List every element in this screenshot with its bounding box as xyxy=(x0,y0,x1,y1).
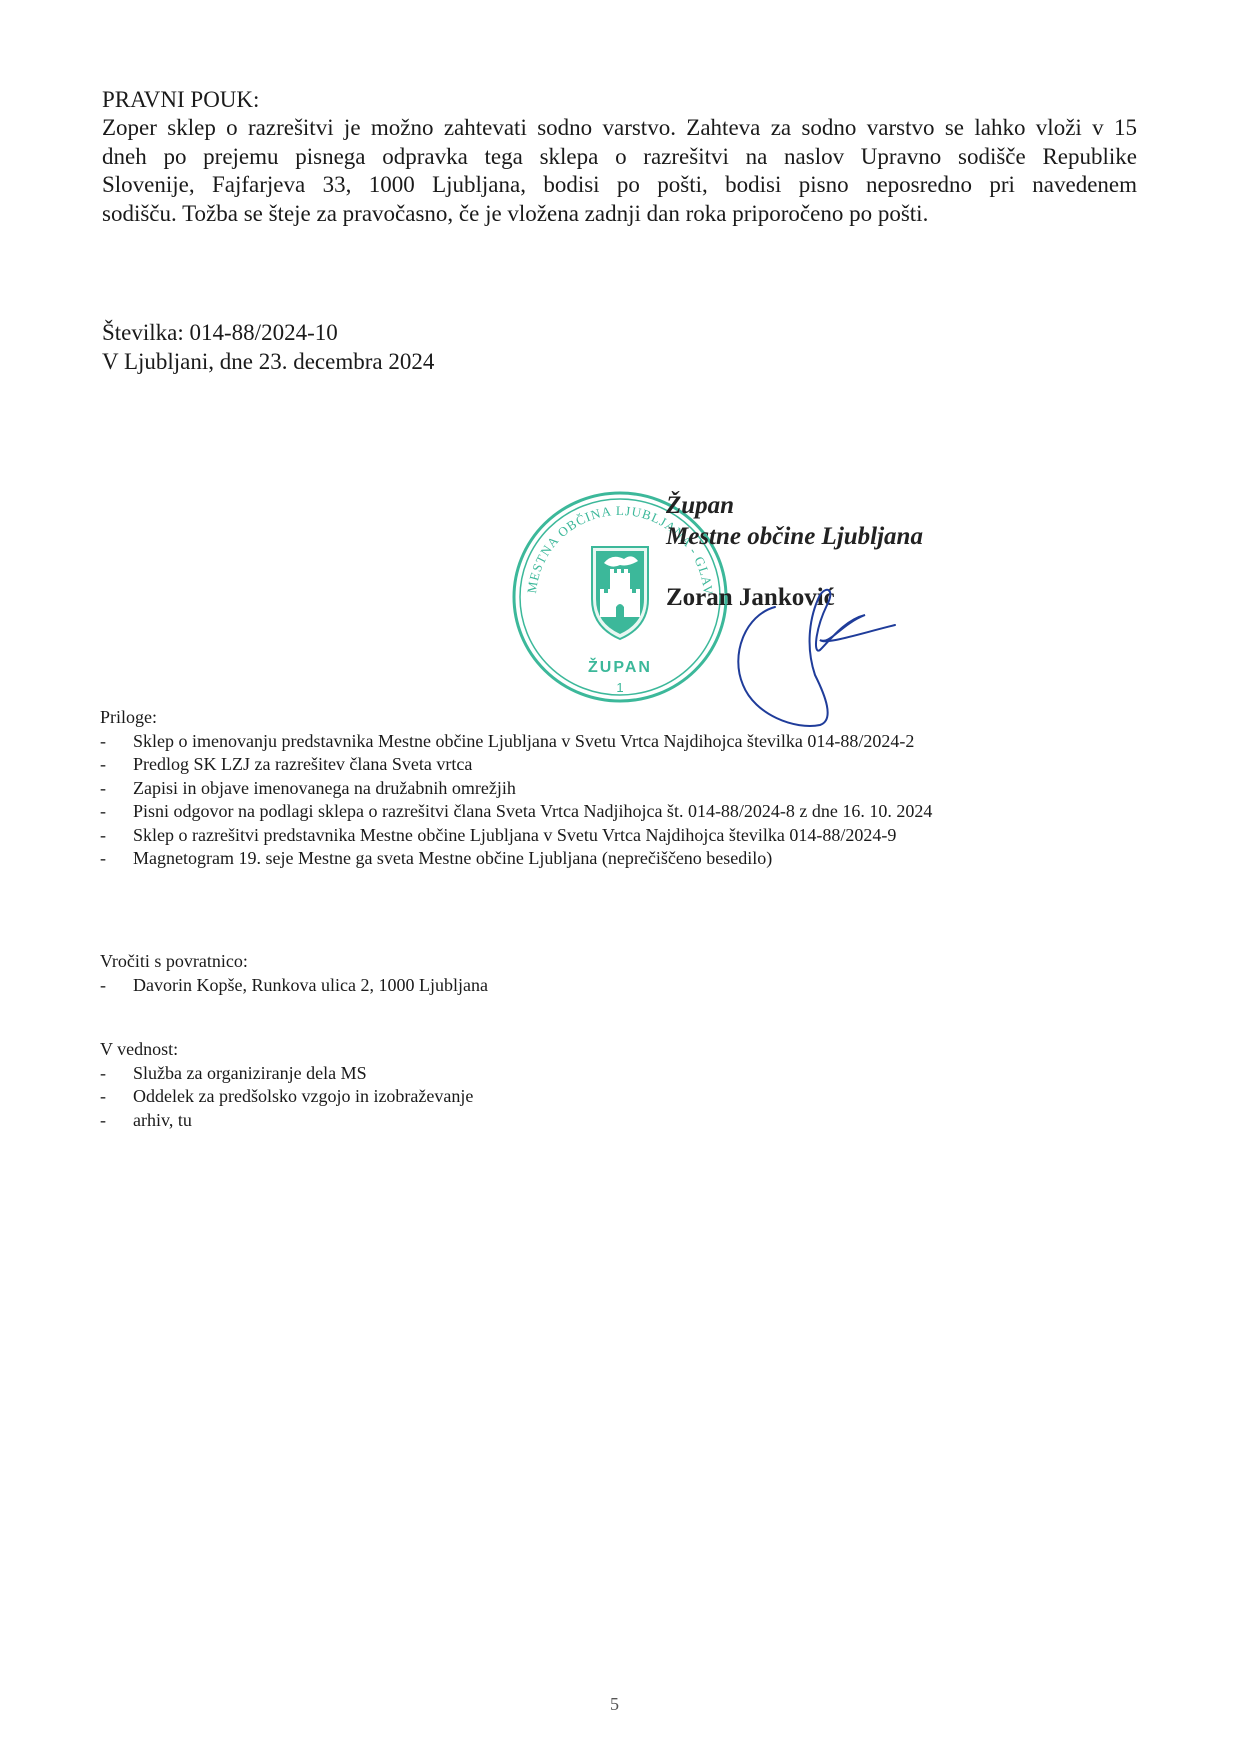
document-meta: Številka: 014-88/2024-10 V Ljubljani, dn… xyxy=(102,318,434,376)
attachment-item: -Sklep o razrešitvi predstavnika Mestne … xyxy=(100,824,932,848)
signatory-title: Župan xyxy=(666,490,923,521)
signatory-office: Mestne občine Ljubljana xyxy=(666,521,923,552)
place-date: V Ljubljani, dne 23. decembra 2024 xyxy=(102,347,434,376)
attachments-section: Priloge: -Sklep o imenovanju predstavnik… xyxy=(100,706,932,871)
legal-notice-line: Slovenije, Fajfarjeva 33, 1000 Ljubljana… xyxy=(102,171,1137,200)
legal-notice-body: Zoper sklep o razrešitvi je možno zahtev… xyxy=(102,114,1137,228)
page-number: 5 xyxy=(610,1694,619,1715)
for-info-heading: V vednost: xyxy=(100,1038,473,1062)
attachment-item: -Predlog SK LZJ za razrešitev člana Svet… xyxy=(100,753,932,777)
attachment-item: -Sklep o imenovanju predstavnika Mestne … xyxy=(100,730,932,754)
attachment-item: -Zapisi in objave imenovanega na družabn… xyxy=(100,777,932,801)
delivery-heading: Vročiti s povratnico: xyxy=(100,950,488,974)
legal-notice-line: Zoper sklep o razrešitvi je možno zahtev… xyxy=(102,114,1137,143)
for-info-item: -Služba za organiziranje dela MS xyxy=(100,1062,473,1086)
for-info-item: -Oddelek za predšolsko vzgojo in izobraž… xyxy=(100,1085,473,1109)
svg-text:ŽUPAN: ŽUPAN xyxy=(588,657,652,676)
document-number: Številka: 014-88/2024-10 xyxy=(102,318,434,347)
attachment-item: -Pisni odgovor na podlagi sklepa o razre… xyxy=(100,800,932,824)
for-info-section: V vednost: -Služba za organiziranje dela… xyxy=(100,1038,473,1132)
legal-notice-line: dneh po prejemu pisnega odpravka tega sk… xyxy=(102,143,1137,172)
legal-notice-line: sodišču. Tožba se šteje za pravočasno, č… xyxy=(102,200,1137,229)
for-info-item: -arhiv, tu xyxy=(100,1109,473,1133)
delivery-item: -Davorin Kopše, Runkova ulica 2, 1000 Lj… xyxy=(100,974,488,998)
delivery-section: Vročiti s povratnico: -Davorin Kopše, Ru… xyxy=(100,950,488,997)
legal-notice-title: PRAVNI POUK: xyxy=(102,86,259,114)
attachment-item: -Magnetogram 19. seje Mestne ga sveta Me… xyxy=(100,847,932,871)
svg-text:1: 1 xyxy=(616,680,623,695)
attachments-heading: Priloge: xyxy=(100,706,932,730)
